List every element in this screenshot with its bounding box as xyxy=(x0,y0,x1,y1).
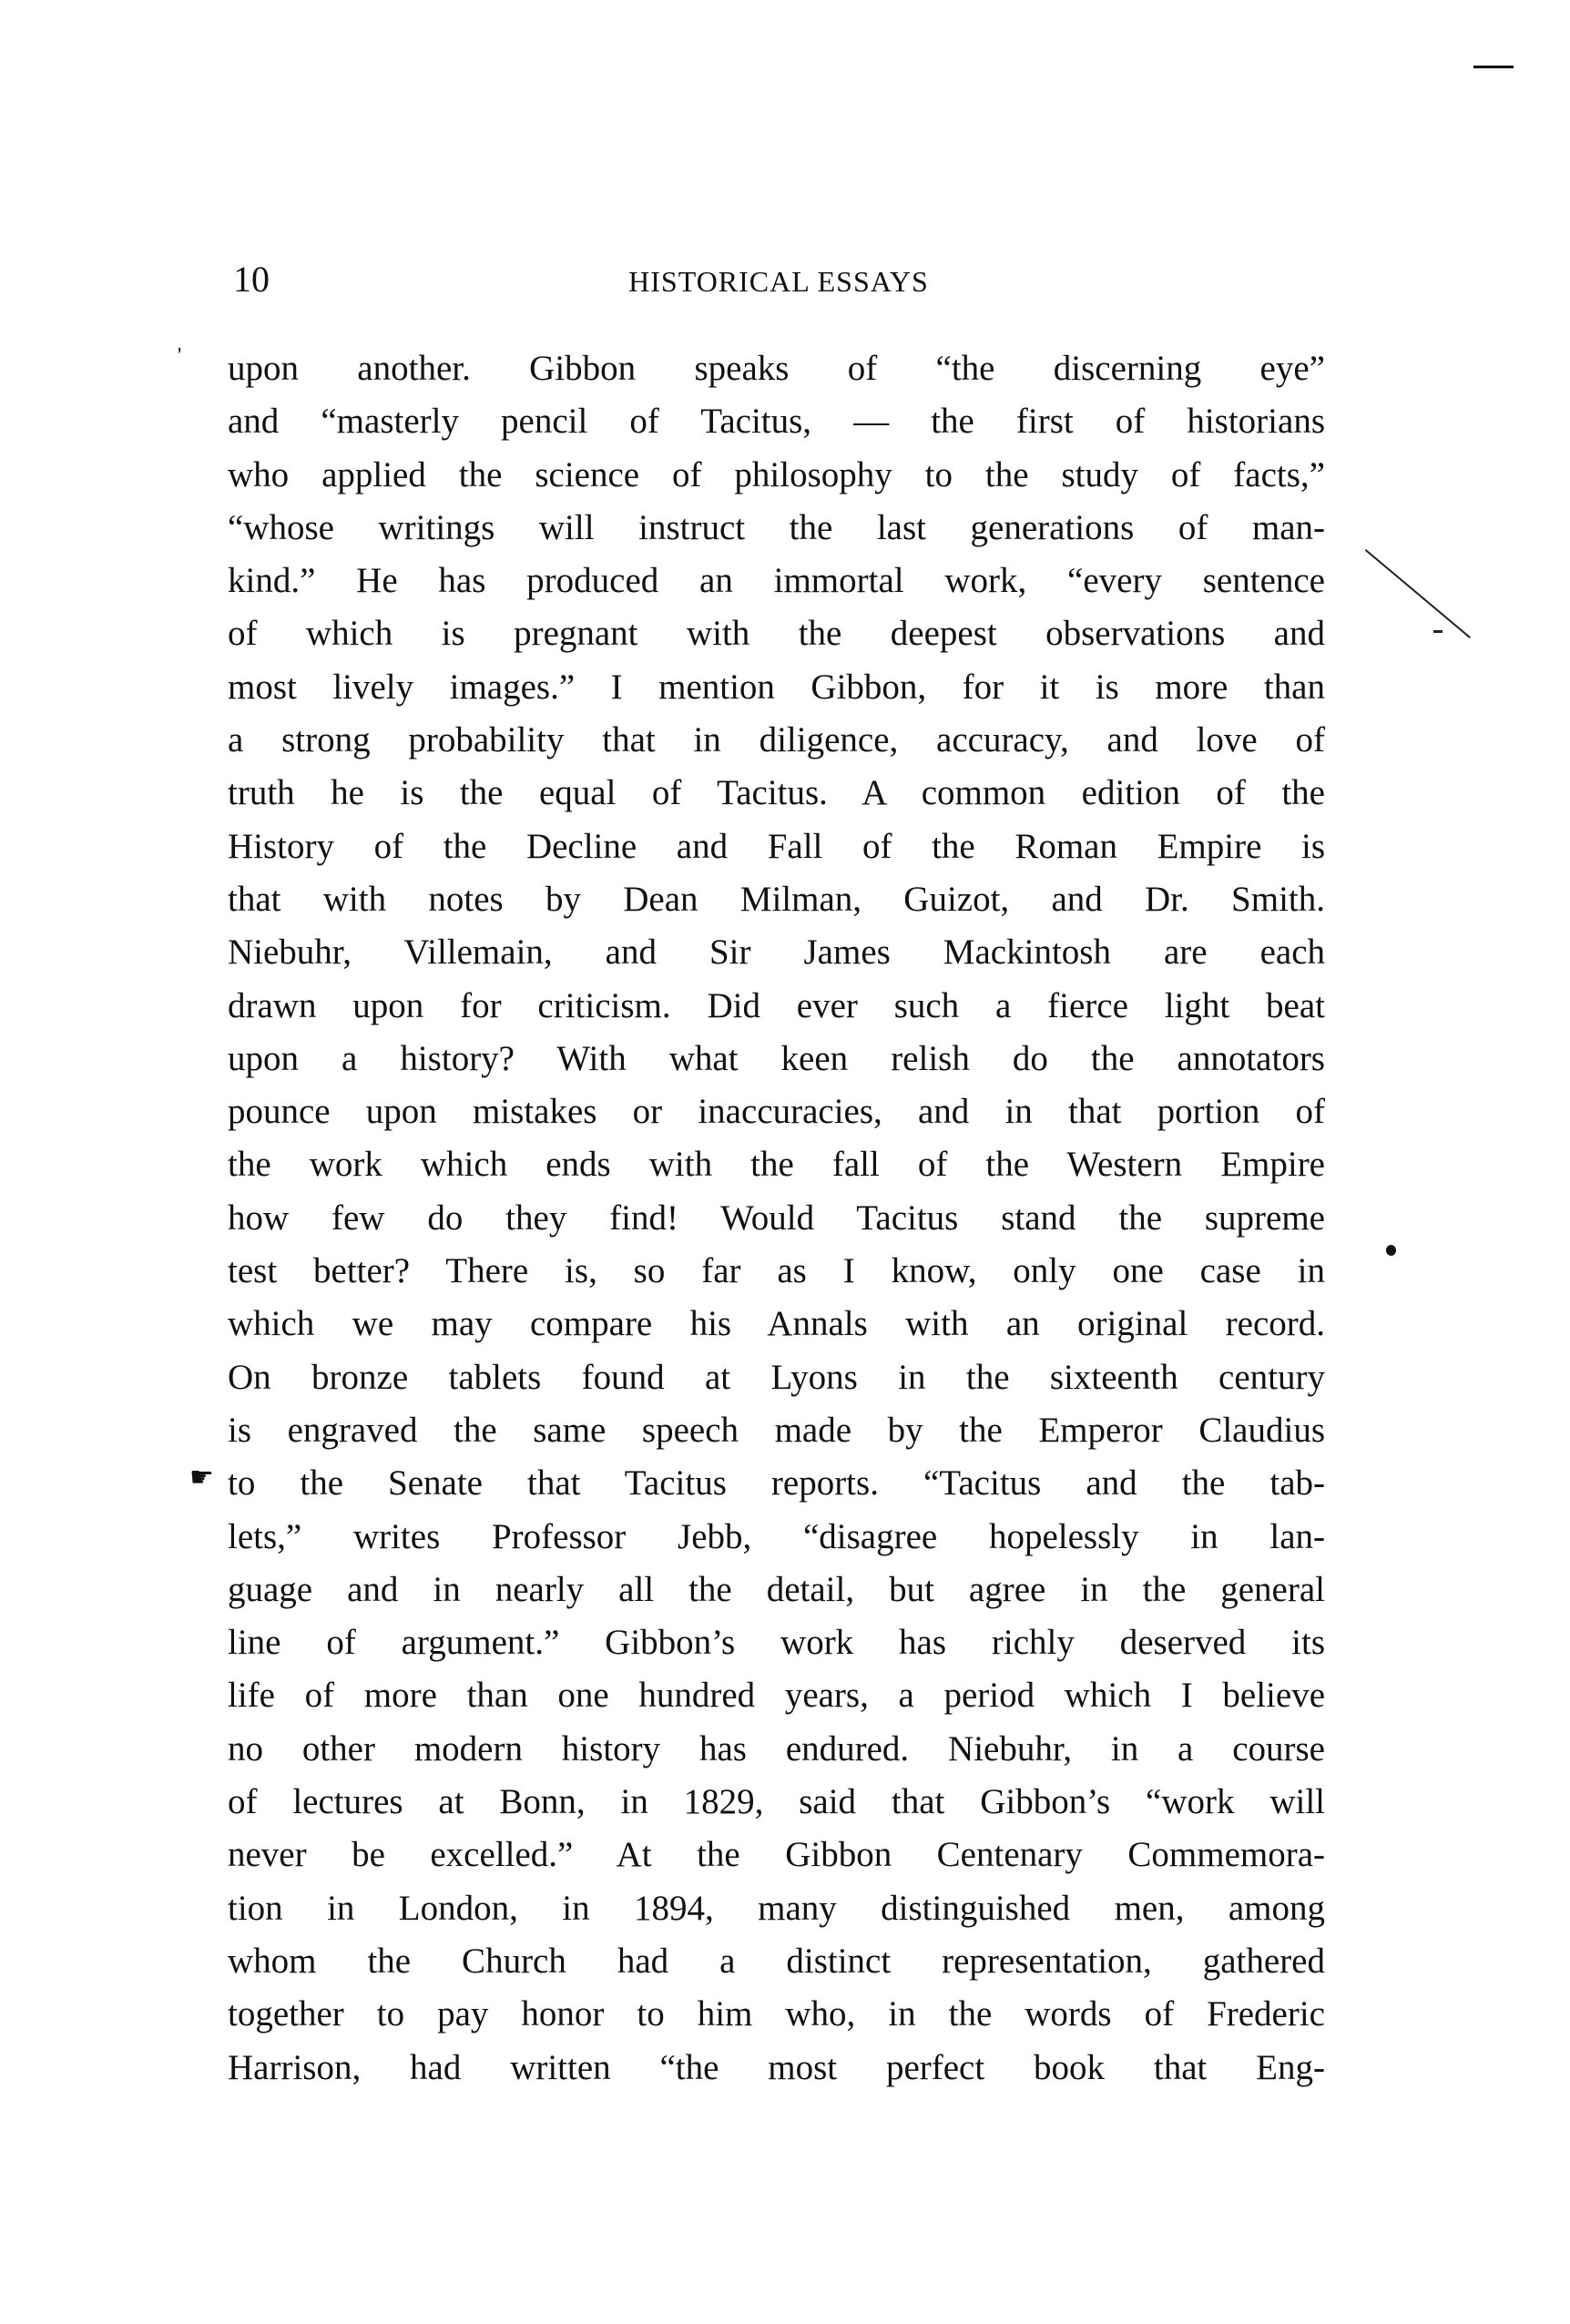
margin-dash-mark xyxy=(1473,66,1514,68)
text-line: History of the Decline and Fall of the R… xyxy=(228,821,1325,873)
text-line: to the Senate that Tacitus reports. “Tac… xyxy=(228,1457,1325,1510)
text-line: lets,” writes Professor Jebb, “disagree … xyxy=(228,1511,1325,1564)
text-line: “whose writings will instruct the last g… xyxy=(228,502,1325,555)
text-line: whom the Church had a distinct represent… xyxy=(228,1935,1325,1988)
text-line: Niebuhr, Villemain, and Sir James Mackin… xyxy=(228,926,1325,979)
text-line: which we may compare his Annals with an … xyxy=(228,1298,1325,1351)
text-line: never be excelled.” At the Gibbon Centen… xyxy=(228,1829,1325,1881)
running-title: HISTORICAL ESSAYS xyxy=(592,259,965,304)
text-line: drawn upon for criticism. Did ever such … xyxy=(228,980,1325,1033)
text-line: is engraved the same speech made by the … xyxy=(228,1404,1325,1457)
running-head: 10 HISTORICAL ESSAYS xyxy=(228,257,1325,302)
book-page: 10 HISTORICAL ESSAYS upon another. Gibbo… xyxy=(0,0,1570,2324)
text-line: that with notes by Dean Milman, Guizot, … xyxy=(228,873,1325,926)
text-line: test better? There is, so far as I know,… xyxy=(228,1245,1325,1298)
page-number: 10 xyxy=(233,257,270,302)
text-line: pounce upon mistakes or inaccuracies, an… xyxy=(228,1086,1325,1138)
text-line: upon a history? With what keen relish do… xyxy=(228,1033,1325,1086)
margin-dot-mark xyxy=(1386,1245,1396,1256)
text-line: who applied the science of philosophy to… xyxy=(228,449,1325,502)
text-line: of lectures at Bonn, in 1829, said that … xyxy=(228,1776,1325,1829)
text-line: upon another. Gibbon speaks of “the disc… xyxy=(228,342,1325,395)
text-line: On bronze tablets found at Lyons in the … xyxy=(228,1351,1325,1404)
text-line: truth he is the equal of Tacitus. A comm… xyxy=(228,767,1325,820)
text-line: the work which ends with the fall of the… xyxy=(228,1138,1325,1191)
text-line: together to pay honor to him who, in the… xyxy=(228,1988,1325,2041)
text-line: line of argument.” Gibbon’s work has ric… xyxy=(228,1616,1325,1669)
text-line: most lively images.” I mention Gibbon, f… xyxy=(228,661,1325,714)
text-line: and “masterly pencil of Tacitus, — the f… xyxy=(228,395,1325,448)
text-line: no other modern history has endured. Nie… xyxy=(228,1723,1325,1776)
text-line: a strong probability that in diligence, … xyxy=(228,714,1325,767)
text-line: Harrison, had written “the most perfect … xyxy=(228,2042,1325,2095)
margin-small-mark xyxy=(1433,630,1443,633)
text-line: how few do they find! Would Tacitus stan… xyxy=(228,1192,1325,1245)
margin-pointer-icon: ☛ xyxy=(189,1464,214,1492)
text-line: kind.” He has produced an immortal work,… xyxy=(228,555,1325,607)
text-line: guage and in nearly all the detail, but … xyxy=(228,1564,1325,1616)
text-line: of which is pregnant with the deepest ob… xyxy=(228,607,1325,660)
text-line: tion in London, in 1894, many distinguis… xyxy=(228,1882,1325,1935)
body-text: upon another. Gibbon speaks of “the disc… xyxy=(228,342,1325,2095)
margin-pencil-stroke xyxy=(1365,549,1471,638)
text-line: life of more than one hundred years, a p… xyxy=(228,1669,1325,1722)
margin-tick-icon: ’ xyxy=(177,349,189,364)
